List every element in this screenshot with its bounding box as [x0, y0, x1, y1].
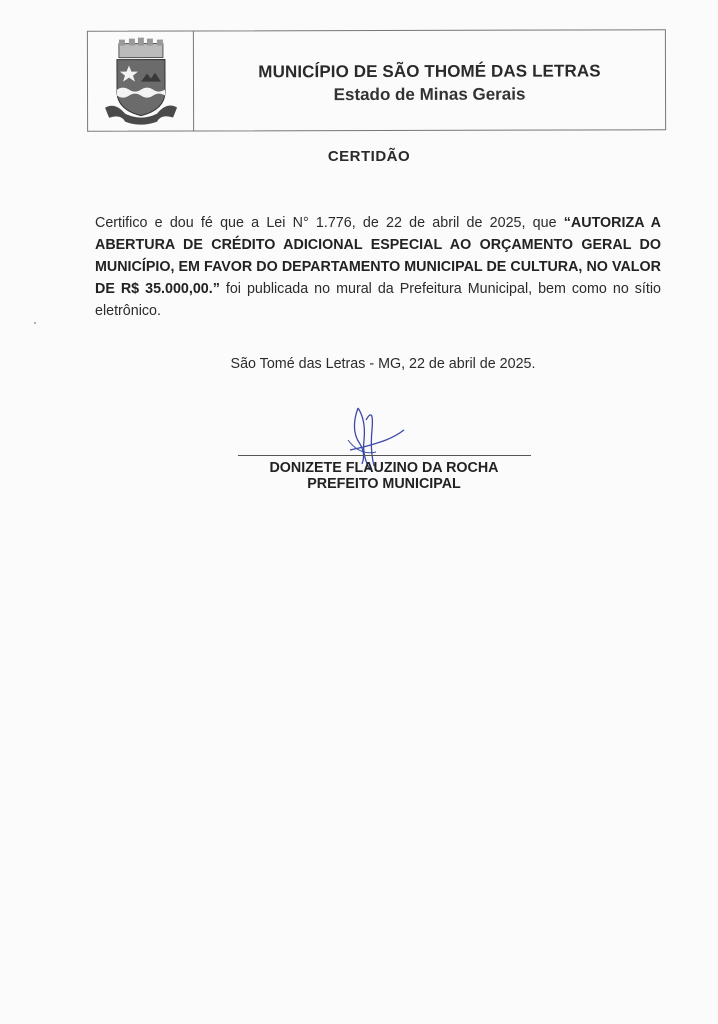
letterhead-title: MUNICÍPIO DE SÃO THOMÉ DAS LETRAS Estado… [194, 30, 665, 130]
municipality-name: MUNICÍPIO DE SÃO THOMÉ DAS LETRAS [258, 61, 600, 82]
coat-of-arms-icon [94, 35, 186, 127]
crest-cell [88, 31, 194, 130]
certificate-body: Certifico e dou fé que a Lei N° 1.776, d… [95, 212, 661, 322]
signature-line [238, 455, 531, 456]
scan-speck [34, 322, 36, 324]
state-name: Estado de Minas Gerais [334, 85, 526, 106]
body-intro: Certifico e dou fé que a Lei N° 1.776, d… [95, 215, 564, 231]
signer-role: PREFEITO MUNICIPAL [0, 476, 718, 492]
place-date: São Tomé das Letras - MG, 22 de abril de… [0, 356, 718, 372]
letterhead-box: MUNICÍPIO DE SÃO THOMÉ DAS LETRAS Estado… [87, 29, 666, 132]
signer-name: DONIZETE FLAUZINO DA ROCHA [0, 460, 718, 476]
document-title: CERTIDÃO [0, 148, 718, 165]
